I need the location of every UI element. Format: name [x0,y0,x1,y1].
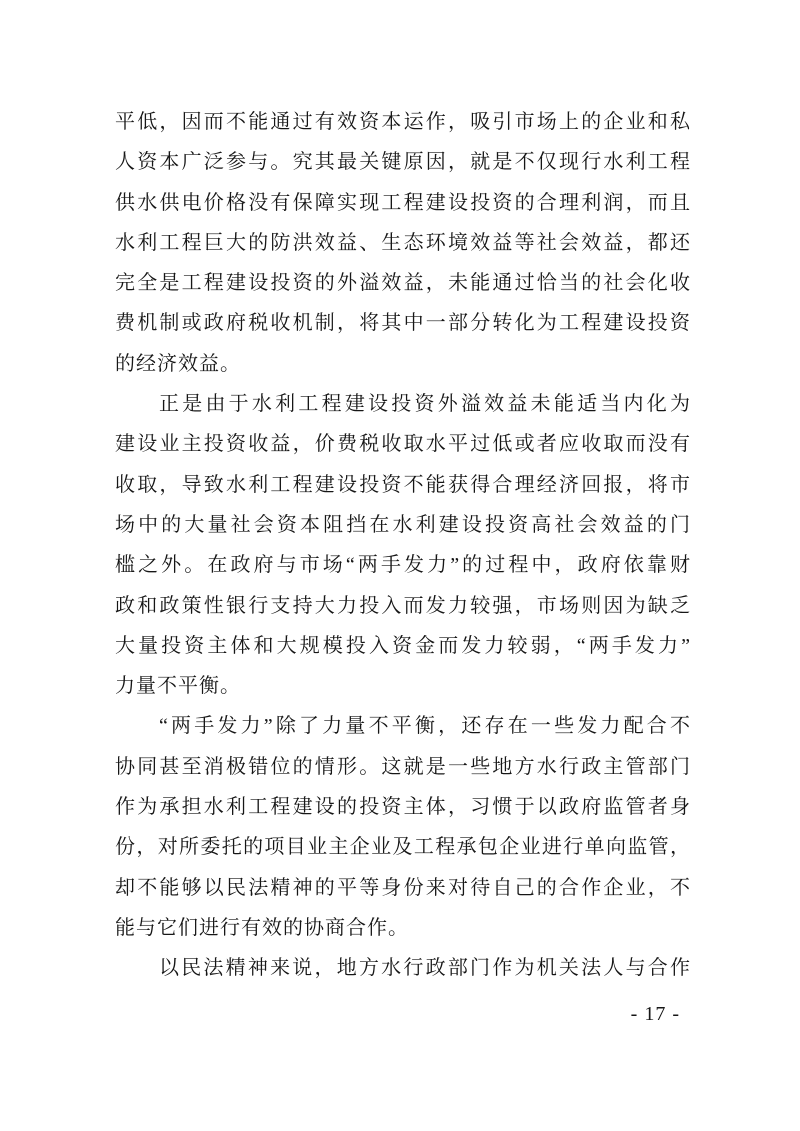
paragraph: 以民法精神来说，地方水行政部门作为机关法人与合作 [115,948,691,988]
text-line: 以民法精神来说，地方水行政部门作为机关法人与合作 [115,948,691,988]
text-line: 场中的大量社会资本阻挡在水利建设投资高社会效益的门 [115,505,691,545]
text-line: “两手发力”除了力量不平衡，还存在一些发力配合不 [115,706,691,746]
text-line: 完全是工程建设投资的外溢效益，未能通过恰当的社会化收 [115,263,691,303]
text-line: 费机制或政府税收机制，将其中一部分转化为工程建设投资 [115,303,691,343]
text-line: 平低，因而不能通过有效资本运作，吸引市场上的企业和私 [115,102,691,142]
text-line: 水利工程巨大的防洪效益、生态环境效益等社会效益，都还 [115,223,691,263]
text-line: 供水供电价格没有保障实现工程建设投资的合理利润，而且 [115,183,691,223]
page-text: 平低，因而不能通过有效资本运作，吸引市场上的企业和私人资本广泛参与。究其最关键原… [115,102,691,989]
text-line: 份，对所委托的项目业主企业及工程承包企业进行单向监管， [115,827,691,867]
paragraph: 正是由于水利工程建设投资外溢效益未能适当内化为建设业主投资收益，价费税收取水平过… [115,384,691,706]
text-line: 槛之外。在政府与市场“两手发力”的过程中，政府依靠财 [115,545,691,585]
text-line: 大量投资主体和大规模投入资金而发力较弱，“两手发力” [115,626,691,666]
text-line: 的经济效益。 [115,344,691,384]
text-line: 能与它们进行有效的协商合作。 [115,908,691,948]
page-number: - 17 - [631,1002,680,1026]
text-line: 人资本广泛参与。究其最关键原因，就是不仅现行水利工程 [115,142,691,182]
text-line: 正是由于水利工程建设投资外溢效益未能适当内化为 [115,384,691,424]
text-line: 收取，导致水利工程建设投资不能获得合理经济回报，将市 [115,465,691,505]
paragraph: “两手发力”除了力量不平衡，还存在一些发力配合不协同甚至消极错位的情形。这就是一… [115,706,691,948]
text-line: 政和政策性银行支持大力投入而发力较强，市场则因为缺乏 [115,586,691,626]
text-line: 力量不平衡。 [115,666,691,706]
text-line: 协同甚至消极错位的情形。这就是一些地方水行政主管部门 [115,747,691,787]
document-page: 平低，因而不能通过有效资本运作，吸引市场上的企业和私人资本广泛参与。究其最关键原… [0,0,800,1131]
text-line: 作为承担水利工程建设的投资主体，习惯于以政府监管者身 [115,787,691,827]
paragraph: 平低，因而不能通过有效资本运作，吸引市场上的企业和私人资本广泛参与。究其最关键原… [115,102,691,384]
text-line: 建设业主投资收益，价费税收取水平过低或者应收取而没有 [115,424,691,464]
text-line: 却不能够以民法精神的平等身份来对待自己的合作企业，不 [115,868,691,908]
